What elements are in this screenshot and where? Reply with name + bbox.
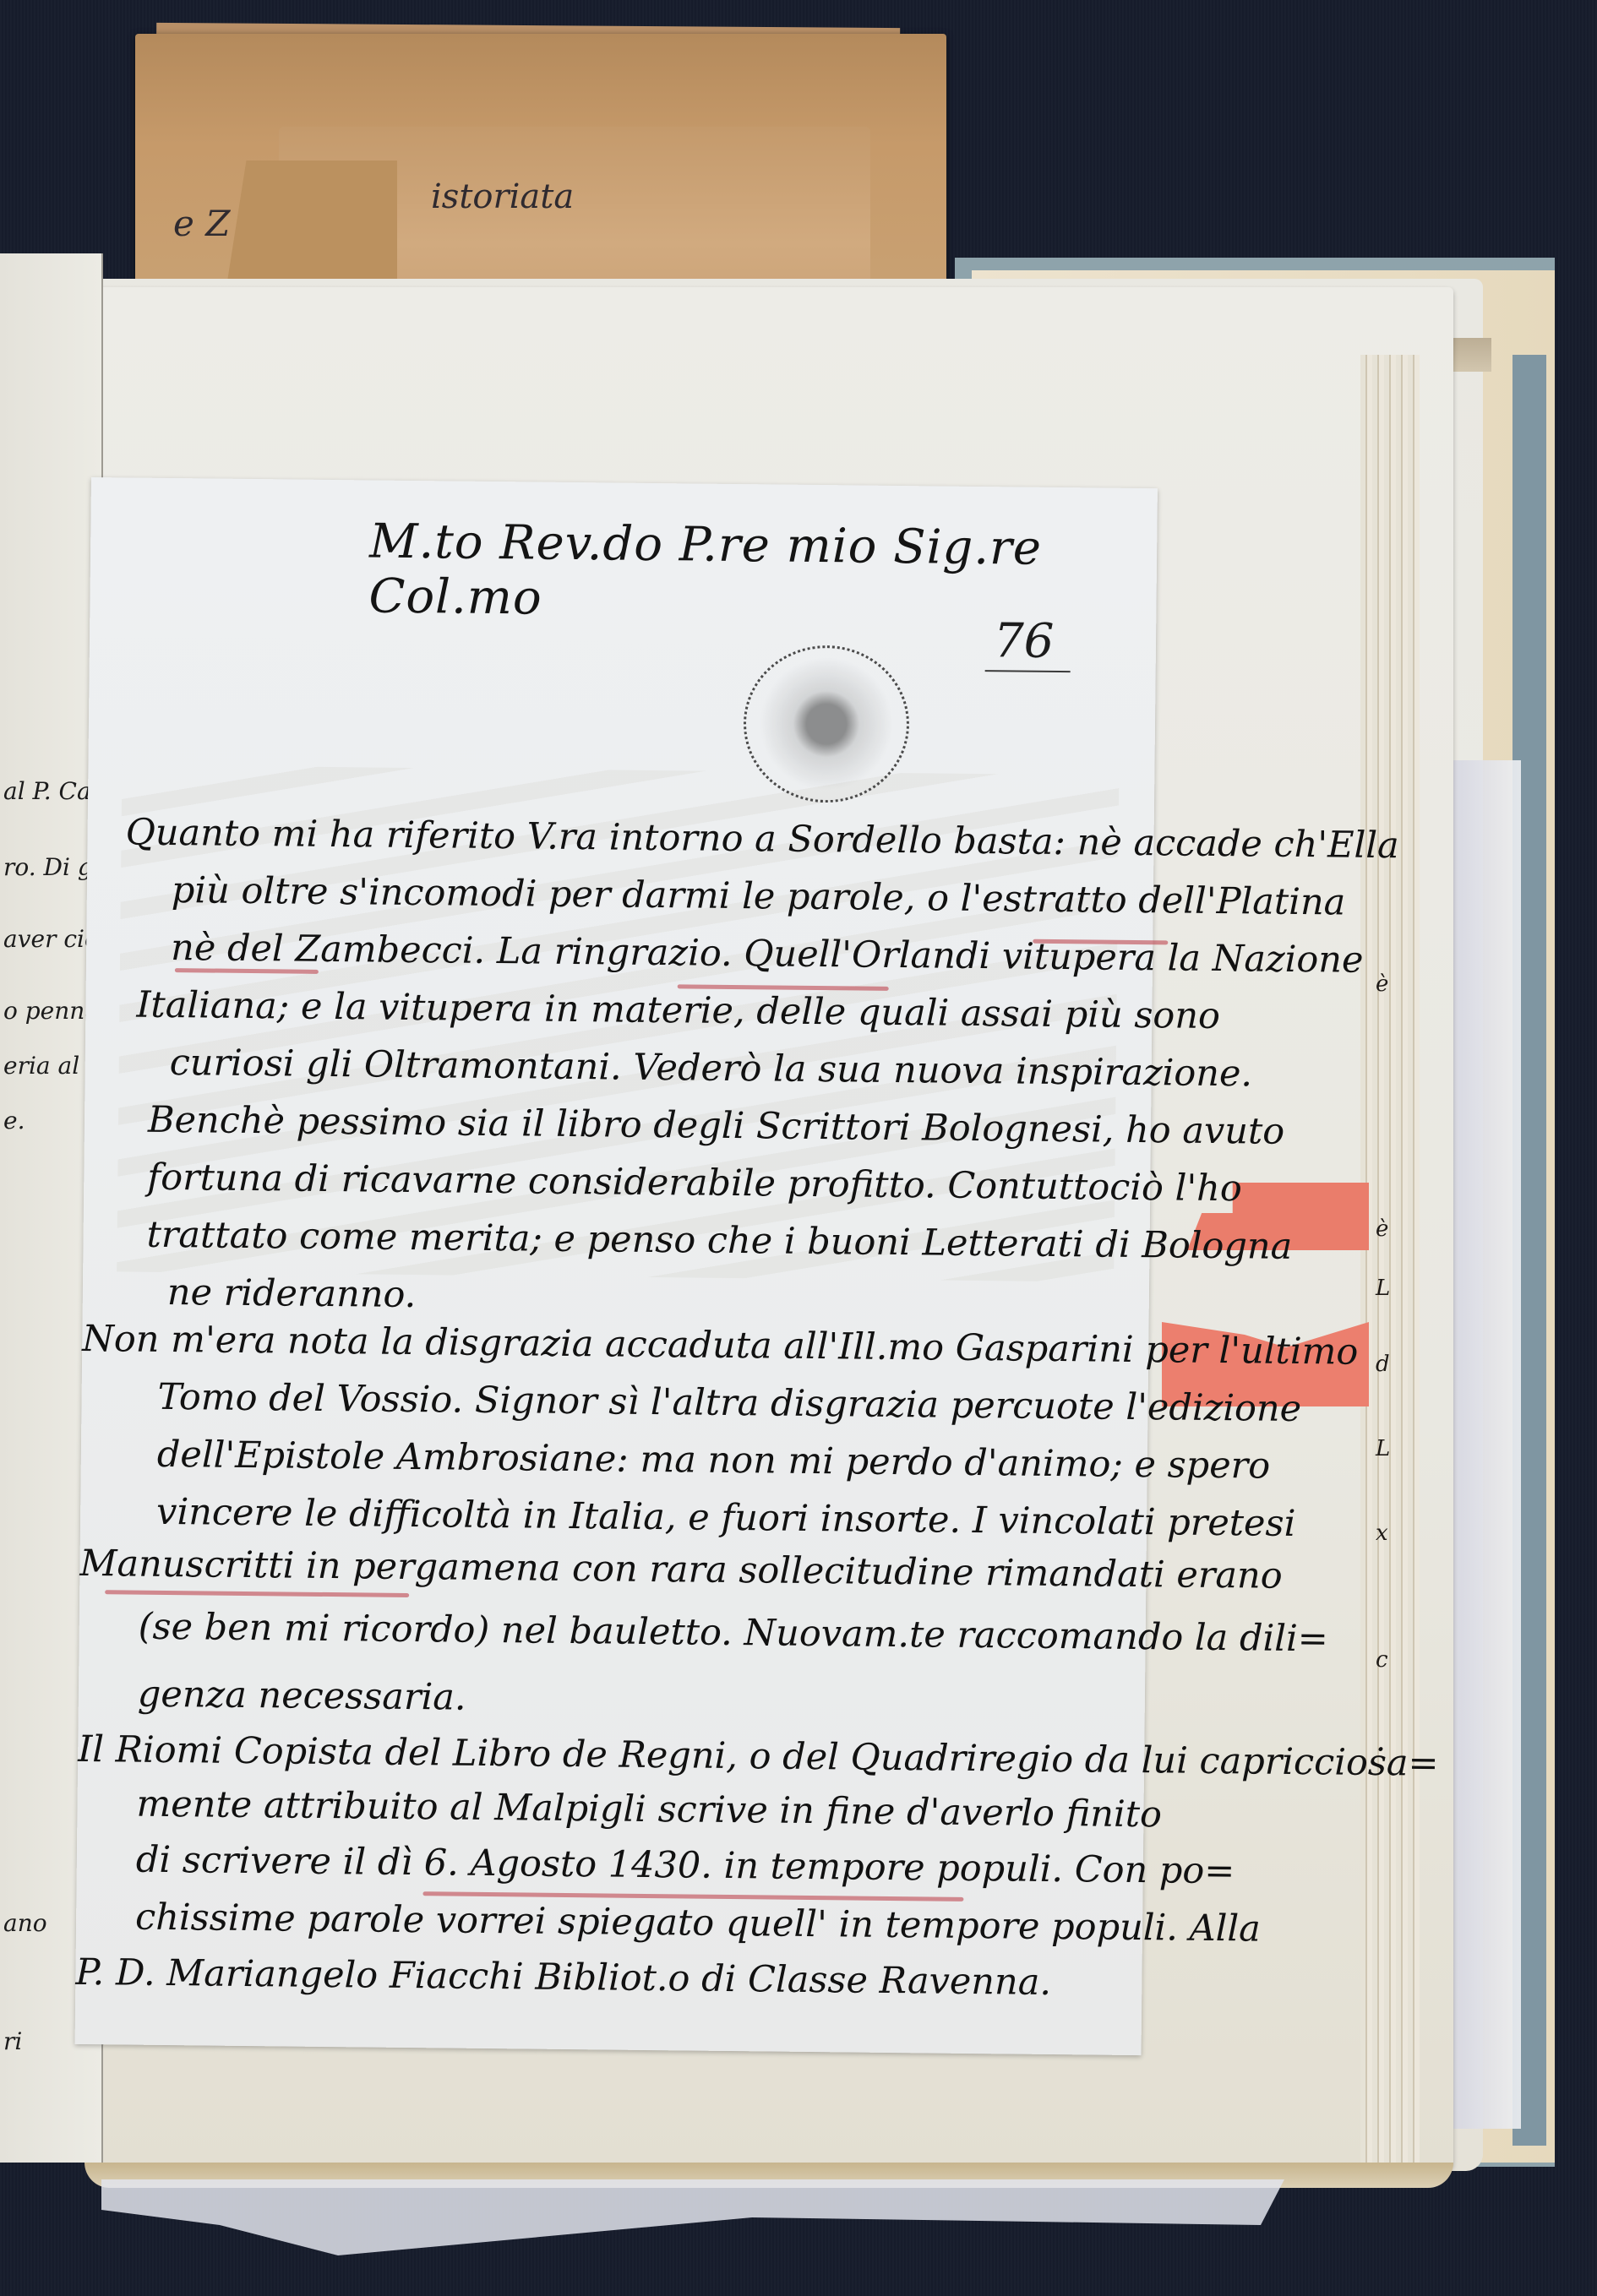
letter-line: Manuscritti in pergamena con rara sollec… xyxy=(79,1542,1283,1597)
letter-line: chissime parole vorrei spiegato quell' i… xyxy=(135,1896,1261,1951)
fore-edge-mark: è xyxy=(1376,1216,1388,1242)
fore-edge-mark: L xyxy=(1376,1276,1390,1301)
left-page-line: o penna, xyxy=(3,997,96,1025)
folio-number: 76 xyxy=(985,613,1071,672)
fore-edge-mark: L xyxy=(1376,1436,1390,1461)
letter-line: genza necessaria. xyxy=(138,1673,466,1719)
fore-edge-mark: x xyxy=(1376,1521,1388,1546)
left-page-line: e. xyxy=(3,1107,96,1134)
left-page-line: eria al xyxy=(3,1052,96,1080)
fore-edge-mark: c xyxy=(1376,1647,1388,1673)
left-page-line: aver ciò che xyxy=(3,925,96,953)
letter-line: mente attribuito al Malpigli scrive in f… xyxy=(136,1783,1162,1836)
red-pencil-underline xyxy=(105,1590,409,1597)
fore-edge-mark: d xyxy=(1376,1352,1390,1377)
letter-line: di scrivere il dì 6. Agosto 1430. in tem… xyxy=(136,1839,1235,1893)
envelope-label: istoriata xyxy=(431,177,574,216)
letter-line: ne rideranno. xyxy=(167,1271,417,1316)
letter-line: vincere le difficoltà in Italia, e fuori… xyxy=(156,1491,1296,1545)
left-page-line: al P. Carlo xyxy=(3,777,96,805)
letter-line: Tomo del Vossio. Signor sì l'altra disgr… xyxy=(157,1376,1301,1430)
letter-line: dell'Epistole Ambrosiane: ma non mi perd… xyxy=(157,1434,1271,1488)
letter-line: P. D. Mariangelo Fiacchi Bibliot.o di Cl… xyxy=(75,1951,1051,2004)
leaf-fore-edge xyxy=(1360,355,1420,2171)
library-stamp-icon xyxy=(743,645,910,803)
fore-edge-mark: è xyxy=(1376,971,1388,997)
letter-sheet: M.to Rev.do P.re mio Sig.re Col.mo 76 Qu… xyxy=(75,477,1158,2055)
left-page-line: ro. Di grazia xyxy=(3,853,96,881)
envelope-side-mark: e Z xyxy=(173,203,230,244)
